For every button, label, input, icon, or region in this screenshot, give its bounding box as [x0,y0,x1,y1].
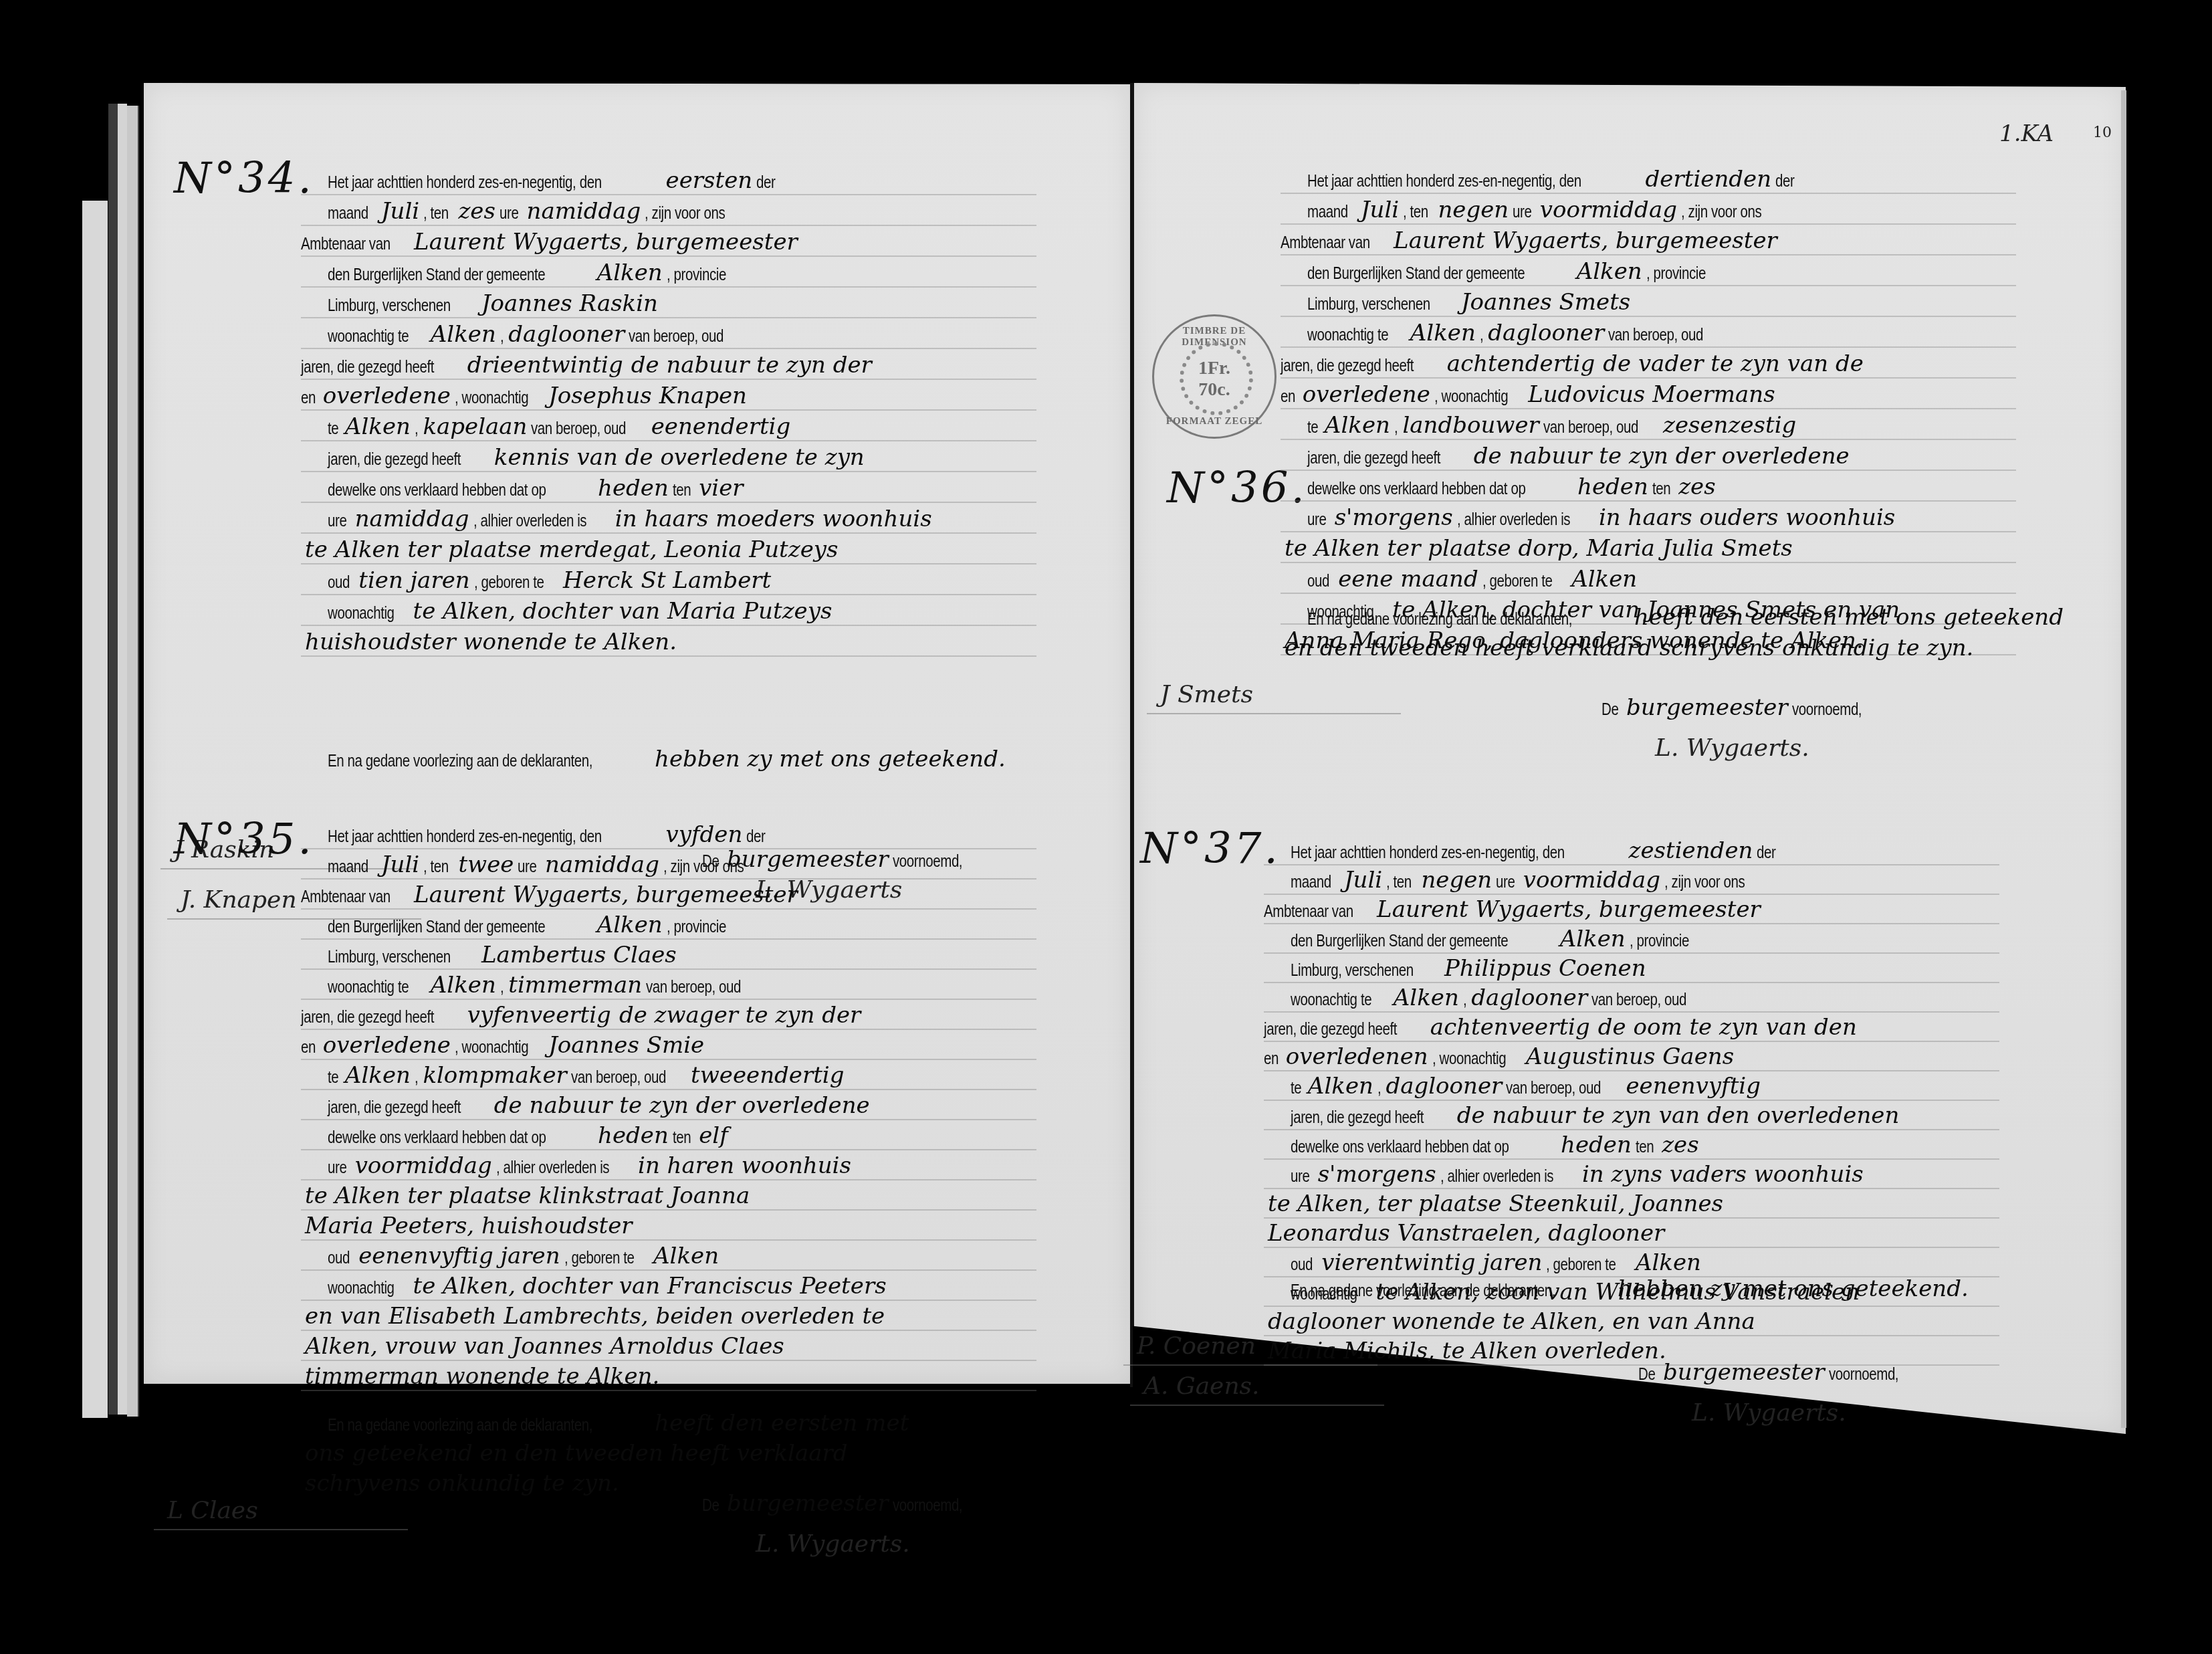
ruled-line [301,1330,1036,1331]
closing-statement: En na gedane voorlezing aan de deklarant… [1307,604,2068,631]
handwritten-text: in haars ouders woonhuis [1599,504,1895,531]
handwritten-text: s'morgens [1318,1161,1436,1188]
handwritten-text: de nabuur te zyn der overledene [494,1092,870,1119]
handwritten-text: Herck St Lambert [563,567,771,594]
printed-text: van beroep, oud [531,419,626,439]
ruled-line [301,286,1036,288]
handwritten-text: overledenen [1286,1043,1428,1070]
handwritten-text: eenenvyftig jaren [358,1243,560,1269]
entry-number: N°36. [1167,463,1307,513]
record-line: woonachtig teAlken,dagloonervan beroep, … [1307,320,1724,346]
printed-text: , woonachtig [1432,1049,1506,1069]
printed-text: , alhier overleden is [473,512,586,531]
handwritten-text: heden [1577,474,1648,500]
record-line: Het jaar achttien honderd zes-en-negenti… [1291,837,1780,864]
closing-statement: En na gedane voorlezing aan de deklarant… [328,746,1010,772]
record-line: dewelke ons verklaard hebben dat opheden… [328,475,748,502]
printed-text: te [328,419,338,439]
handwritten-text: Ludovicus Moermans [1528,381,1775,408]
handwritten-text: zes [1678,474,1715,500]
mayor-label: Deburgemeestervoornoemd, [702,1490,978,1517]
record-line: oudtien jaren, geboren teHerck St Lamber… [328,567,775,594]
printed-text: , [500,327,504,346]
printed-text: , geboren te [1482,572,1552,591]
record-line: oudvierentwintig jaren, geboren teAlken [1291,1249,1705,1276]
handwritten-text: en van Elisabeth Lambrechts, beiden over… [305,1303,885,1330]
handwritten-text: heeft den eersten met ons geteekend [1634,604,2064,631]
ruled-line [301,1179,1036,1180]
printed-text: , [415,1068,418,1088]
ruled-line [1281,316,2016,317]
printed-text: woonachtig te [328,327,409,346]
ruled-line [301,968,1036,970]
handwritten-text: timmerman [508,972,642,999]
handwritten-text: tien jaren [358,567,469,594]
record-line: dewelke ons verklaard hebben dat opheden… [328,1122,732,1149]
handwritten-text: vierentwintig jaren [1321,1249,1542,1276]
handwritten-text: en den tweeden heeft verklaard schryvens… [1285,635,1973,661]
closing-statement-cont: schryvens onkundig te zyn. [301,1470,623,1497]
handwritten-text: huishoudster wonende te Alken. [305,629,677,655]
ruled-line [301,1089,1036,1090]
ruled-line [1264,1158,1999,1160]
printed-text: De [1638,1365,1655,1384]
right-page-edge [2121,90,2126,1428]
handwritten-text: achtenveertig [1430,1014,1590,1041]
handwritten-text: vyfenveertig [467,1002,611,1029]
declarant-signature: J Smets [1160,681,1253,708]
record-line: den Burgerlijken Stand der gemeenteAlken… [1307,258,1719,285]
handwritten-text: burgemeester [1663,1359,1825,1386]
handwritten-text: eenenvyftig [1626,1073,1760,1100]
handwritten-text: de oom te zyn van den [1598,1014,1857,1041]
record-line: woonachtigte Alken, dochter van Maria Pu… [328,598,836,625]
handwritten-text: Juli [381,851,419,878]
printed-text: En na gedane voorlezing aan de deklarant… [328,1416,592,1435]
record-line: Limburg, verschenenLambertus Claes [328,942,681,968]
printed-text: den Burgerlijken Stand der gemeente [1307,264,1525,284]
ruled-line [301,225,1036,226]
printed-text: ure [328,1158,346,1178]
handwritten-text: zesenzestig [1663,412,1796,439]
printed-text: , zijn voor ons [1681,203,1761,222]
handwritten-text: daglooner wonende te Alken, en van Anna [1268,1308,1755,1335]
ruled-line [301,625,1036,626]
record-line: Ambtenaar vanLaurent Wygaerts, burgemees… [1264,896,1765,923]
handwritten-text: schryvens onkundig te zyn. [305,1470,619,1497]
stamp-ring-bottom: FORMAAT ZEGEL [1154,416,1275,427]
handwritten-text: eenendertig [651,413,791,440]
ruled-line [301,878,1036,880]
declarant-signature: J. Knapen [181,886,297,914]
ruled-line [301,1059,1036,1060]
printed-text: Ambtenaar van [301,888,391,907]
record-line: Ambtenaar vanLaurent Wygaerts, burgemees… [1281,227,1781,254]
printed-text: jaren, die gezegd heeft [1291,1108,1424,1128]
ruled-line [1264,1129,1999,1130]
handwritten-text: Alken [1410,320,1476,346]
ruled-line [1281,223,2016,225]
ruled-line [301,532,1036,534]
handwritten-text: Alken [1577,258,1642,285]
ruled-line [1281,531,2016,532]
printed-text: der [756,173,775,193]
printed-text: , alhier overleden is [496,1158,609,1178]
printed-text: En na gedane voorlezing aan de deklarant… [1291,1281,1555,1301]
ruled-line [301,255,1036,257]
handwritten-text: eersten [666,167,753,194]
handwritten-text: eene maand [1338,566,1478,593]
page-number: 10 [2093,124,2112,141]
printed-text: , provincie [1630,932,1689,951]
record-line: woonachtig teAlken,dagloonervan beroep, … [328,321,744,348]
printed-text: oud [328,573,350,593]
handwritten-text: te Alken ter plaatse klinkstraat Joanna [305,1182,750,1209]
printed-text: dewelke ons verklaard hebben dat op [328,481,546,500]
record-line: en van Elisabeth Lambrechts, beiden over… [301,1303,889,1330]
ruled-line [1264,1217,1999,1219]
handwritten-text: heden [598,475,669,502]
handwritten-text: ons geteekend en den tweeden heeft verkl… [305,1440,847,1467]
handwritten-text: Alken [345,413,411,440]
printed-text: en [301,1038,316,1057]
ruled-line [301,1149,1036,1150]
record-line: den Burgerlijken Stand der gemeenteAlken… [1291,926,1702,952]
handwritten-text: voormiddag [1540,197,1677,223]
printed-text: ten [673,481,691,500]
record-line: urenamiddag, alhier overleden isin haars… [328,506,936,532]
printed-text: en [1264,1049,1279,1069]
handwritten-text: te Alken, dochter van Franciscus Peeters [413,1273,886,1300]
handwritten-text: in haren woonhuis [638,1152,851,1179]
ruled-line [1281,593,2016,594]
printed-text: , alhier overleden is [1440,1167,1553,1186]
ruled-line [1264,1041,1999,1042]
ruled-line [301,1119,1036,1120]
entry-number: N°35. [174,815,314,864]
handwritten-text: Alken [597,912,663,938]
record-line: urevoormiddag, alhier overleden isin har… [328,1152,855,1179]
handwritten-text: overledene [323,1032,451,1059]
ruled-line [1264,1188,1999,1189]
printed-text: ten [1636,1138,1654,1157]
handwritten-text: daglooner [1386,1073,1502,1100]
handwritten-text: de nabuur te zyn der overledene [1474,443,1850,470]
ruled-line [301,502,1036,503]
record-line: Limburg, verschenenJoannes Raskin [328,290,662,317]
handwritten-text: heeft den eersten met [655,1410,909,1437]
ruled-line [1281,254,2016,255]
handwritten-text: daglooner [1471,985,1587,1011]
handwritten-text: Laurent Wygaerts, burgemeester [1377,896,1761,923]
printed-text: , zijn voor ons [645,204,725,223]
printed-text: en [1281,387,1295,407]
printed-text: , provincie [667,918,726,937]
ruled-line [301,848,1036,849]
printed-text: De [1601,700,1618,720]
printed-text: voornoemd, [893,1496,962,1516]
declarant-signature: L Claes [167,1497,258,1524]
printed-text: der [1757,843,1775,863]
record-line: Ambtenaar vanLaurent Wygaerts, burgemees… [301,229,802,255]
handwritten-text: daglooner [1488,320,1604,346]
record-line: huishoudster wonende te Alken. [301,629,681,655]
printed-text: Het jaar achttien honderd zes-en-negenti… [1307,172,1581,191]
ruled-line [1264,894,1999,895]
printed-text: jaren, die gezegd heeft [301,358,434,377]
ruled-line [1281,408,2016,409]
handwritten-text: Laurent Wygaerts, burgemeester [414,229,798,255]
ruled-line [1281,285,2016,286]
handwritten-text: hebben zy met ons geteekend. [655,746,1006,772]
handwritten-text: Alken [1325,412,1390,439]
closing-statement: En na gedane voorlezing aan de deklarant… [328,1410,913,1437]
record-line: teAlken,dagloonervan beroep, oudeenenvyf… [1291,1073,1765,1100]
printed-text: van beroep, oud [1543,418,1638,437]
handwritten-text: in zyns vaders woonhuis [1582,1161,1864,1188]
printed-text: , zijn voor ons [1664,873,1745,892]
handwritten-text: zestienden [1629,837,1753,864]
ruled-line [301,1029,1036,1030]
handwritten-text: te Alken ter plaatse dorp, Maria Julia S… [1285,535,1793,562]
ruled-line [1264,1100,1999,1101]
record-line: daglooner wonende te Alken, en van Anna [1264,1308,1759,1335]
handwritten-text: overledene [323,383,451,409]
handwritten-text: te Alken, ter plaatse Steenkuil, Joannes [1268,1191,1723,1217]
handwritten-text: vier [699,475,743,502]
record-line: jaren, die gezegd heeftachtendertigde va… [1281,350,1868,377]
printed-text: Ambtenaar van [1281,233,1370,253]
handwritten-text: Augustinus Gaens [1526,1043,1734,1070]
record-line: jaren, die gezegd heeftde nabuur te zyn … [1291,1102,1903,1129]
record-line: oudeene maand, geboren teAlken [1307,566,1641,593]
handwritten-text: Juli [1344,867,1382,894]
handwritten-text: negen [1438,197,1509,223]
printed-text: , woonachtig [455,389,528,408]
printed-text: En na gedane voorlezing aan de deklarant… [1307,610,1572,629]
page-edge [118,104,127,1415]
record-line: enoverledene, woonachtigJoannes Smie [301,1032,708,1059]
handwritten-text: Alken [653,1243,719,1269]
record-line: den Burgerlijken Stand der gemeenteAlken… [328,260,739,286]
printed-text: Ambtenaar van [1264,902,1353,922]
handwritten-text: dertienden [1646,166,1771,193]
ruled-line [1264,952,1999,954]
printed-text: jaren, die gezegd heeft [1281,356,1414,376]
ruled-line [1264,864,1999,865]
printed-text: maand [328,204,368,223]
handwritten-text: Juli [381,198,419,225]
printed-text: maand [1307,203,1348,222]
handwritten-text: twee [458,851,514,878]
record-line: woonachtig teAlken,dagloonervan beroep, … [1291,985,1707,1011]
handwritten-text: kapelaan [423,413,527,440]
printed-text: woonachtig te [1307,326,1388,345]
handwritten-text: Lambertus Claes [481,942,677,968]
record-line: Alken, vrouw van Joannes Arnoldus Claes [301,1333,788,1360]
record-line: te Alken ter plaatse merdegat, Leonia Pu… [301,536,842,563]
handwritten-text: voormiddag [355,1152,492,1179]
printed-text: van beroep, oud [629,327,724,346]
handwritten-text: drieentwintig [467,352,623,379]
ruled-line [301,594,1036,595]
handwritten-text: negen [1421,867,1492,894]
record-line: den Burgerlijken Stand der gemeenteAlken… [328,912,739,938]
printed-text: Limburg, verschenen [1307,295,1430,314]
printed-text: dewelke ons verklaard hebben dat op [1307,480,1525,499]
record-line: maandJuli, tentweeurenamiddag, zijn voor… [328,851,762,878]
ruled-line [1264,923,1999,924]
printed-text: jaren, die gezegd heeft [1307,449,1440,468]
printed-text: ure [328,512,346,531]
printed-text: der [746,827,765,847]
printed-text: den Burgerlijken Stand der gemeente [328,918,545,937]
handwritten-text: timmerman wonende te Alken. [305,1363,659,1390]
handwritten-text: Laurent Wygaerts, burgemeester [414,882,798,908]
record-line: teAlken,kapelaanvan beroep, oudeenendert… [328,413,794,440]
record-line: jaren, die gezegd heeftvyfenveertigde zw… [301,1002,865,1029]
record-line: jaren, die gezegd heeftde nabuur te zyn … [1307,443,1854,470]
record-line: maandJuli, tennegenurevoormiddag, zijn v… [1291,867,1763,894]
handwritten-text: te Alken ter plaatse merdegat, Leonia Pu… [305,536,838,563]
printed-text: En na gedane voorlezing aan de deklarant… [328,752,592,771]
printed-text: woonachtig te [328,978,409,997]
mayor-signature: L. Wygaerts. [1655,734,1809,762]
printed-text: maand [328,857,368,877]
ruled-line [301,194,1036,195]
declarant-signature: A. Gaens. [1143,1372,1260,1400]
record-line: ures'morgens, alhier overleden isin haar… [1307,504,1899,531]
handwritten-text: daglooner [508,321,625,348]
page-edge [82,201,108,1418]
handwritten-text: elf [699,1122,728,1149]
ruled-line [1264,1306,1999,1307]
printed-text: ure [1513,203,1531,222]
handwritten-text: Josephus Knapen [548,383,747,409]
ruled-line [1281,500,2016,502]
handwritten-text: Alken [1560,926,1626,952]
record-line: jaren, die gezegd heeftde nabuur te zyn … [328,1092,874,1119]
printed-text: woonachtig [328,1279,395,1298]
record-line: Leonardus Vanstraelen, daglooner [1264,1220,1668,1247]
ruled-line [1281,377,2016,379]
printed-text: te [328,1068,338,1088]
ruled-line [301,1269,1036,1271]
printed-text: dewelke ons verklaard hebben dat op [1291,1138,1509,1157]
handwritten-text: Juli [1361,197,1399,223]
handwritten-text: burgemeester [1626,694,1788,721]
ruled-line [301,348,1036,349]
printed-text: , geboren te [564,1249,634,1268]
handwritten-text: Alken [431,972,496,999]
handwritten-text: burgemeester [727,1490,889,1517]
printed-text: Limburg, verschenen [328,948,451,967]
handwritten-text: Maria Peeters, huishoudster [305,1213,633,1239]
handwritten-text: s'morgens [1335,504,1453,531]
printed-text: jaren, die gezegd heeft [1264,1020,1397,1039]
ruled-line [301,317,1036,318]
ruled-line [301,1360,1036,1361]
closing-statement: En na gedane voorlezing aan de deklarant… [1291,1275,1973,1302]
handwritten-text: Maria Michils, te Alken overleden. [1268,1338,1666,1364]
mayor-signature: L. Wygaerts. [1692,1399,1846,1427]
printed-text: , ten [1386,873,1412,892]
printed-text: ure [500,204,518,223]
ruled-line [301,471,1036,472]
printed-text: , zijn voor ons [663,857,744,877]
handwritten-text: landbouwer [1402,412,1539,439]
record-line: teAlken,landbouwervan beroep, oudzesenze… [1307,412,1800,439]
record-line: enoverledenen, woonachtigAugustinus Gaen… [1264,1043,1738,1070]
printed-text: Het jaar achttien honderd zes-en-negenti… [328,173,602,193]
printed-text: , woonachtig [1434,387,1508,407]
printed-text: , [1394,418,1398,437]
mayor-label: Deburgemeestervoornoemd, [1601,694,1877,721]
printed-text: , provincie [1646,264,1706,284]
entry-number: N°34. [174,154,314,203]
printed-text: van beroep, oud [1608,326,1703,345]
handwritten-text: Alken [345,1062,411,1089]
ruled-line [1264,1011,1999,1013]
mayor-label: Deburgemeestervoornoemd, [1638,1359,1914,1386]
printed-text: en [301,389,316,408]
stamp-value-francs: 1Fr. [1154,358,1275,379]
signature-underline [1147,713,1401,714]
printed-text: den Burgerlijken Stand der gemeente [328,266,545,285]
record-line: maandJuli, tennegenurevoormiddag, zijn v… [1307,197,1779,223]
record-line: Ambtenaar vanLaurent Wygaerts, burgemees… [301,882,802,908]
printed-text: Limburg, verschenen [328,296,451,316]
printed-text: ure [518,857,536,877]
ruled-line [1281,193,2016,194]
handwritten-text: kennis van de overledene te zyn [494,444,865,471]
printed-text: maand [1291,873,1331,892]
printed-text: Ambtenaar van [301,235,391,254]
record-line: oudeenenvyftig jaren, geboren teAlken [328,1243,723,1269]
declarant-signature: P. Coenen [1137,1332,1256,1360]
record-line: enoverledene, woonachtigJosephus Knapen [301,383,751,409]
handwritten-text: Alken [1308,1073,1373,1100]
handwritten-text: Laurent Wygaerts, burgemeester [1394,227,1777,254]
record-line: Maria Peeters, huishoudster [301,1213,637,1239]
printed-text: , geboren te [474,573,544,593]
handwritten-text: namiddag [545,851,659,878]
printed-text: , ten [423,857,449,877]
printed-text: , [1377,1079,1381,1098]
handwritten-text: heden [1561,1132,1632,1158]
signature-underline [1123,1364,1377,1366]
handwritten-text: namiddag [355,506,469,532]
page-edge [127,106,139,1417]
record-line: jaren, die gezegd heeftachtenveertigde o… [1264,1014,1861,1041]
record-line: Het jaar achttien honderd zes-en-negenti… [328,821,770,848]
record-line: Maria Michils, te Alken overleden. [1264,1338,1670,1364]
page-edge [108,104,118,1415]
printed-text: dewelke ons verklaard hebben dat op [328,1128,546,1148]
printed-text: Het jaar achttien honderd zes-en-negenti… [328,827,602,847]
ruled-line [301,440,1036,441]
record-line: maandJuli, tenzesurenamiddag, zijn voor … [328,198,743,225]
ruled-line [301,379,1036,380]
printed-text: , ten [423,204,449,223]
printed-text: oud [1291,1255,1313,1275]
record-line: Het jaar achttien honderd zes-en-negenti… [328,167,780,194]
handwritten-text: zes [458,198,495,225]
handwritten-text: Joannes Smets [1461,289,1630,316]
ruled-line [301,938,1036,940]
record-line: Het jaar achttien honderd zes-en-negenti… [1307,166,1799,193]
printed-text: , ten [1403,203,1428,222]
